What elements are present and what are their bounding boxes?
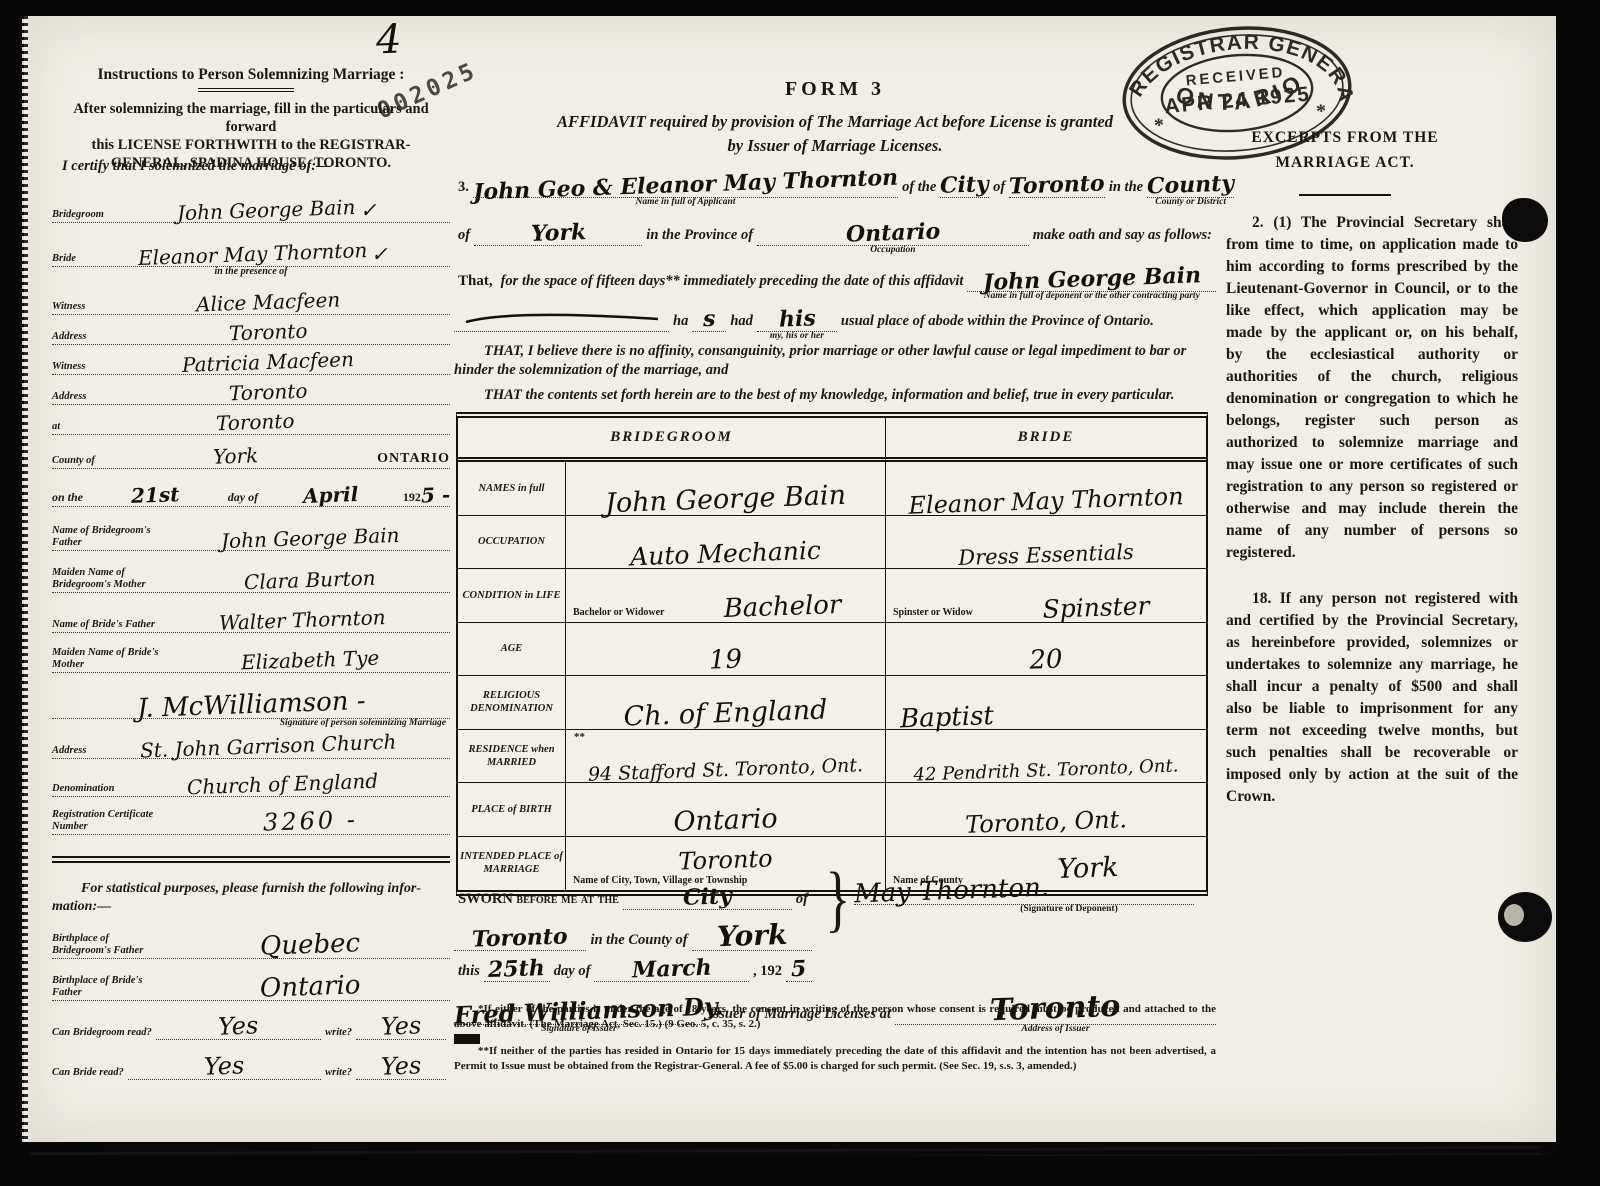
occupation-caption: Occupation: [757, 246, 1029, 256]
field-label: Address: [52, 391, 86, 404]
handwritten-bride-occupation: Dress Essentials: [886, 539, 1207, 571]
cell-bride-residence: 42 Pendrith St. Toronto, Ont.: [886, 730, 1206, 784]
this-label: this: [454, 963, 484, 982]
handwritten-city-name: Toronto: [1009, 172, 1105, 197]
cell-bride-religion: Baptist: [886, 676, 1206, 730]
field-label: Name of Bridegroom's Father: [52, 525, 170, 550]
in-the-label: in the: [1105, 179, 1147, 198]
act-section-2-paragraph: 2. (1) The Provincial Secretary shall fr…: [1226, 212, 1518, 564]
field-can-bridegroom-read: Can Bridegroom read? Yes write? Yes: [52, 1004, 450, 1040]
in-presence-of-note: in the presence of: [52, 266, 450, 277]
spinster-or-widow-caption: Spinster or Widow: [893, 607, 973, 618]
sworn-brace: }: [825, 862, 850, 936]
handwritten-deponent-signature: May Thornton.: [854, 875, 1050, 908]
year-printed-192: , 192: [749, 963, 786, 982]
handwritten-his: his: [778, 307, 815, 330]
field-bridegroom-mother: Maiden Name of Bridegroom's Mother Clara…: [52, 556, 450, 593]
cell-groom-names: John George Bain: [566, 462, 886, 516]
handwritten-bride-name: Eleanor May Thornton: [886, 483, 1207, 518]
field-birthplace-bride-father: Birthplace of Bride's Father Ontario: [52, 962, 450, 1001]
of-label-2: of: [454, 227, 474, 246]
field-label: Birthplace of Bride's Father: [52, 975, 170, 1000]
field-label: Witness: [52, 361, 85, 374]
scan-edge-right: [1556, 0, 1600, 1186]
write-label: write?: [325, 1027, 352, 1040]
row-label-condition: CONDITION in LIFE: [458, 569, 566, 623]
cell-bride-age: 20: [886, 623, 1206, 677]
field-birthplace-bridegroom-father: Birthplace of Bridegroom's Father Quebec: [52, 918, 450, 959]
field-address-1: Address Toronto: [52, 314, 450, 345]
affidavit-line-applicant: 3. John Geo & Eleanor May Thornton Name …: [454, 174, 1216, 198]
scan-edge-left: [0, 0, 22, 1186]
field-label: Name of Bride's Father: [52, 619, 155, 632]
cell-groom-birthplace: Ontario: [566, 783, 886, 837]
handwritten-groom-write: Yes: [380, 1013, 421, 1038]
field-address-2: Address Toronto: [52, 374, 450, 405]
handwritten-bride-birthplace: Toronto, Ont.: [886, 804, 1207, 839]
field-label: Bride: [52, 253, 76, 266]
affidavit-form: FORM 3 AFFIDAVIT required by provision o…: [454, 56, 1216, 1136]
handwritten-month: April: [302, 484, 358, 506]
handwritten-sworn-county: York: [716, 921, 787, 951]
instructions-line-2: this LICENSE FORTHWITH to the REGISTRAR-: [92, 137, 411, 153]
field-denomination: Denomination Church of England: [52, 762, 450, 797]
ink-blot: [454, 1034, 480, 1044]
had-text: had: [726, 313, 757, 332]
cell-groom-occupation: Auto Mechanic: [566, 516, 886, 570]
handwritten-city-word: City: [940, 173, 990, 197]
field-label: County of: [52, 455, 95, 468]
handwritten-bride-residence: 42 Pendrith St. Toronto, Ont.: [886, 756, 1206, 785]
bachelor-or-widower-caption: Bachelor or Widower: [573, 607, 664, 618]
affidavit-line-abode: ha s had his my, his or her usual place …: [454, 308, 1216, 332]
section-divider-rule: [52, 856, 450, 863]
handwritten-church-address: St. John Garrison Church: [140, 732, 397, 761]
field-label: at: [52, 421, 60, 434]
checkmark: ✓: [371, 244, 388, 265]
of-the-label: of the: [898, 179, 940, 198]
field-label: Address: [52, 745, 86, 758]
field-label: Registration Certificate Number: [52, 809, 170, 834]
row-label-age: AGE: [458, 623, 566, 677]
handwritten-solemnizer-signature: J. McWilliamson -: [136, 688, 365, 722]
handwritten-year-digit: 5 -: [420, 484, 450, 505]
handwritten-groom-religion: Ch. of England: [566, 694, 886, 732]
scanned-document: 4 002025 REGISTRAR GENERAL ONTARIO RECEI…: [0, 0, 1600, 1186]
excerpts-heading: EXCERPTS FROM THE MARRIAGE ACT.: [1222, 126, 1468, 196]
handwritten-deponent-name: John George Bain: [982, 264, 1201, 294]
row-label-intended-place: INTENDED PLACE of MARRIAGE: [458, 837, 566, 891]
field-at: at Toronto: [52, 404, 450, 435]
affidavit-heading: AFFIDAVIT required by provision of The M…: [454, 110, 1216, 158]
scan-edge-top: [0, 0, 1600, 16]
affidavit-line-fifteen-days: That, for the space of fifteen days** im…: [454, 268, 1216, 292]
handwritten-county-name: York: [530, 221, 586, 245]
day-of-label: day of: [550, 963, 595, 982]
handwritten-bride-age: 20: [886, 641, 1207, 678]
handwritten-groom-residence: 94 Stafford St. Toronto, Ont.: [566, 755, 885, 785]
stamp-star-right: *: [1315, 100, 1327, 123]
field-bride-father: Name of Bride's Father Walter Thornton: [52, 596, 450, 633]
handwritten-denomination: Church of England: [186, 771, 378, 798]
column-header-bridegroom: BRIDEGROOM: [458, 418, 886, 462]
statistics-heading-line-2: mation:—: [52, 899, 111, 914]
handwritten-sworn-city-word: City: [683, 885, 733, 909]
cell-groom-religion: Ch. of England: [566, 676, 886, 730]
act-section-18-paragraph: 18. If any person not registered with an…: [1226, 588, 1518, 808]
cell-groom-age: 19: [566, 623, 886, 677]
excerpts-heading-line-2: MARRIAGE ACT.: [1275, 154, 1414, 171]
binder-hole-bottom: [1498, 892, 1552, 942]
statistics-heading-line-1: For statistical purposes, please furnish…: [52, 880, 450, 898]
certify-statement: I certify that I solemnized the marriage…: [62, 158, 331, 175]
paper-sheet: 4 002025 REGISTRAR GENERAL ONTARIO RECEI…: [24, 16, 1556, 1142]
applicant-caption: Name in full of Applicant: [473, 198, 898, 208]
row-label-occupation: OCCUPATION: [458, 516, 566, 570]
province-label: in the Province of: [642, 227, 757, 246]
excerpts-heading-line-1: EXCERPTS FROM THE: [1251, 129, 1438, 146]
oath-text: make oath and say as follows:: [1029, 227, 1216, 246]
handwritten-bridegroom-mother: Clara Burton: [244, 568, 376, 593]
field-label: Can Bride read?: [52, 1067, 124, 1080]
cell-bride-occupation: Dress Essentials: [886, 516, 1206, 570]
field-bridegroom: Bridegroom John George Bain ✓: [52, 190, 450, 223]
field-label: Bridegroom: [52, 209, 104, 222]
year-printed: 192: [403, 490, 421, 506]
handwritten-address-1: Toronto: [229, 321, 308, 344]
field-label: Maiden Name of Bride's Mother: [52, 647, 170, 672]
marriage-act-excerpts: 2. (1) The Provincial Secretary shall fr…: [1226, 212, 1518, 808]
row-label-birthplace: PLACE of BIRTH: [458, 783, 566, 837]
handwritten-groom-age: 19: [566, 641, 886, 678]
sworn-line-2: Toronto in the County of York: [454, 922, 812, 951]
field-bridegroom-father: Name of Bridegroom's Father John George …: [52, 514, 450, 551]
sworn-text: SWORN before me at the: [454, 891, 623, 910]
affidavit-heading-line-1: AFFIDAVIT required by provision of The M…: [557, 112, 1113, 131]
handwritten-sworn-year: 5: [791, 958, 807, 981]
row-label-religion: RELIGIOUS DENOMINATION: [458, 676, 566, 730]
handwritten-bridegroom-father: John George Bain: [220, 525, 399, 551]
sworn-line-1: SWORN before me at the City of: [454, 886, 812, 910]
handwritten-groom-occupation: Auto Mechanic: [566, 535, 886, 571]
row-label-residence: RESIDENCE when MARRIED: [458, 730, 566, 784]
affidavit-line-province: of York in the Province of Ontario Occup…: [454, 222, 1216, 246]
field-solemnizer-signature: J. McWilliamson - Signature of person so…: [52, 678, 450, 719]
particulars-table: BRIDEGROOM BRIDE NAMES in full John Geor…: [456, 412, 1208, 896]
statistics-heading: For statistical purposes, please furnish…: [52, 880, 450, 916]
handwritten-marriage-place: Toronto: [216, 411, 295, 434]
cell-bride-names: Eleanor May Thornton: [886, 462, 1206, 516]
date-mid: day of: [228, 490, 258, 506]
date-prefix: on the: [52, 490, 83, 506]
checkmark: ✓: [359, 200, 376, 221]
contents-true-paragraph: THAT the contents set forth herein are t…: [454, 386, 1216, 405]
handwritten-page-number: 4: [375, 20, 402, 61]
handwritten-bridegroom-name: John George Bain: [177, 197, 356, 223]
handwritten-bride-name: Eleanor May Thornton: [138, 240, 368, 268]
write-label: write?: [325, 1067, 352, 1080]
deponent-signature-caption: (Signature of Deponent): [944, 905, 1194, 915]
handwritten-bride-condition: Spinster: [992, 591, 1201, 623]
solemnizer-instructions-panel: Instructions to Person Solemnizing Marri…: [52, 56, 450, 1096]
handwritten-bride-write: Yes: [380, 1053, 421, 1078]
sworn-county-label: in the County of: [586, 932, 691, 951]
field-bride-mother: Maiden Name of Bride's Mother Elizabeth …: [52, 636, 450, 673]
field-label: Maiden Name of Bridegroom's Mother: [52, 567, 170, 592]
handwritten-groom-condition: Bachelor: [686, 590, 880, 623]
handwritten-birthplace-bride-father: Ontario: [259, 972, 360, 1001]
handwritten-groom-name: John George Bain: [566, 480, 886, 518]
field-county: County of York ONTARIO: [52, 436, 450, 469]
handwritten-witness-1: Alice Macfeen: [195, 289, 340, 314]
handwritten-bride-religion: Baptist: [900, 695, 1207, 732]
column-header-bride: BRIDE: [886, 418, 1206, 462]
field-label: Witness: [52, 301, 85, 314]
field-church-address: Address St. John Garrison Church: [52, 724, 450, 759]
handwritten-province: Ontario: [845, 220, 940, 245]
handwritten-bride-mother: Elizabeth Tye: [241, 648, 380, 673]
handwritten-bride-read: Yes: [204, 1053, 245, 1078]
abode-text: usual place of abode within the Province…: [837, 313, 1158, 332]
scan-edge-bottom: [0, 1156, 1600, 1186]
handwritten-witness-2: Patricia Macfeen: [181, 349, 354, 375]
handwritten-groom-birthplace: Ontario: [566, 801, 886, 839]
field-witness-2: Witness Patricia Macfeen: [52, 344, 450, 375]
cell-groom-condition: Bachelor or Widower Bachelor: [566, 569, 886, 623]
handwritten-groom-read: Yes: [218, 1013, 259, 1038]
handwritten-birthplace-groom-father: Quebec: [260, 930, 361, 959]
pen-strike-line: [462, 310, 662, 326]
double-asterisk-marker: **: [574, 731, 585, 743]
cell-bride-condition: Spinster or Widow Spinster: [886, 569, 1206, 623]
field-label: Birthplace of Bridegroom's Father: [52, 933, 170, 958]
handwritten-sworn-day: 25th: [488, 957, 546, 981]
field-marriage-date: on the 21st day of April 192 5 -: [52, 472, 450, 507]
that-bold: That,: [454, 273, 497, 292]
field-label: Address: [52, 331, 86, 344]
deponent-caption: Name in full of deponent or the other co…: [967, 292, 1216, 302]
handwritten-bride-father: Walter Thornton: [219, 607, 386, 633]
handwritten-s: s: [703, 308, 716, 330]
field-label: Denomination: [52, 783, 114, 796]
footnote-residency: **If neither of the parties has resided …: [454, 1044, 1216, 1074]
handwritten-sworn-city: Toronto: [472, 925, 568, 950]
item-number: 3.: [454, 179, 473, 198]
field-registration-number: Registration Certificate Number 3260 -: [52, 800, 450, 835]
county-caption: County or District: [1147, 198, 1234, 208]
sworn-of: of: [792, 891, 812, 910]
province-printed-label: ONTARIO: [377, 451, 450, 468]
binder-mark-top: [1502, 198, 1548, 242]
cell-bride-birthplace: Toronto, Ont.: [886, 783, 1206, 837]
field-can-bride-read: Can Bride read? Yes write? Yes: [52, 1044, 450, 1080]
deponent-signature-line: May Thornton. (Signature of Deponent): [854, 878, 1194, 905]
sworn-line-3: this 25th day of March , 192 5: [454, 958, 812, 982]
excerpts-heading-rule: [1299, 194, 1391, 197]
pronoun-caption: my, his or her: [757, 332, 837, 342]
handwritten-sworn-month: March: [632, 957, 712, 982]
handwritten-registration-number: 3260 -: [262, 807, 358, 834]
fifteen-days-text: for the space of fifteen days** immediat…: [497, 273, 968, 292]
row-label-names: NAMES in full: [458, 462, 566, 516]
affidavit-heading-line-2: by Issuer of Marriage Licenses.: [728, 136, 943, 155]
title-underline: [198, 88, 294, 92]
of-label: of: [989, 179, 1009, 198]
no-impediment-paragraph: THAT, I believe there is no affinity, co…: [454, 342, 1216, 380]
field-bride: Bride Eleanor May Thornton ✓ in the pres…: [52, 234, 450, 267]
handwritten-address-2: Toronto: [229, 381, 308, 404]
cell-groom-residence: ** 94 Stafford St. Toronto, Ont.: [566, 730, 886, 784]
field-witness-1: Witness Alice Macfeen: [52, 282, 450, 315]
left-panel-title: Instructions to Person Solemnizing Marri…: [52, 66, 450, 84]
field-label: Can Bridegroom read?: [52, 1027, 152, 1040]
ha-text: ha: [669, 313, 692, 332]
instructions-line-1: After solemnizing the marriage, fill in …: [73, 101, 428, 135]
footnote-consent: *If either of the parties is under the a…: [454, 1002, 1216, 1032]
form-number-heading: FORM 3: [454, 78, 1216, 101]
handwritten-county: York: [213, 445, 259, 467]
handwritten-day: 21st: [131, 484, 180, 506]
